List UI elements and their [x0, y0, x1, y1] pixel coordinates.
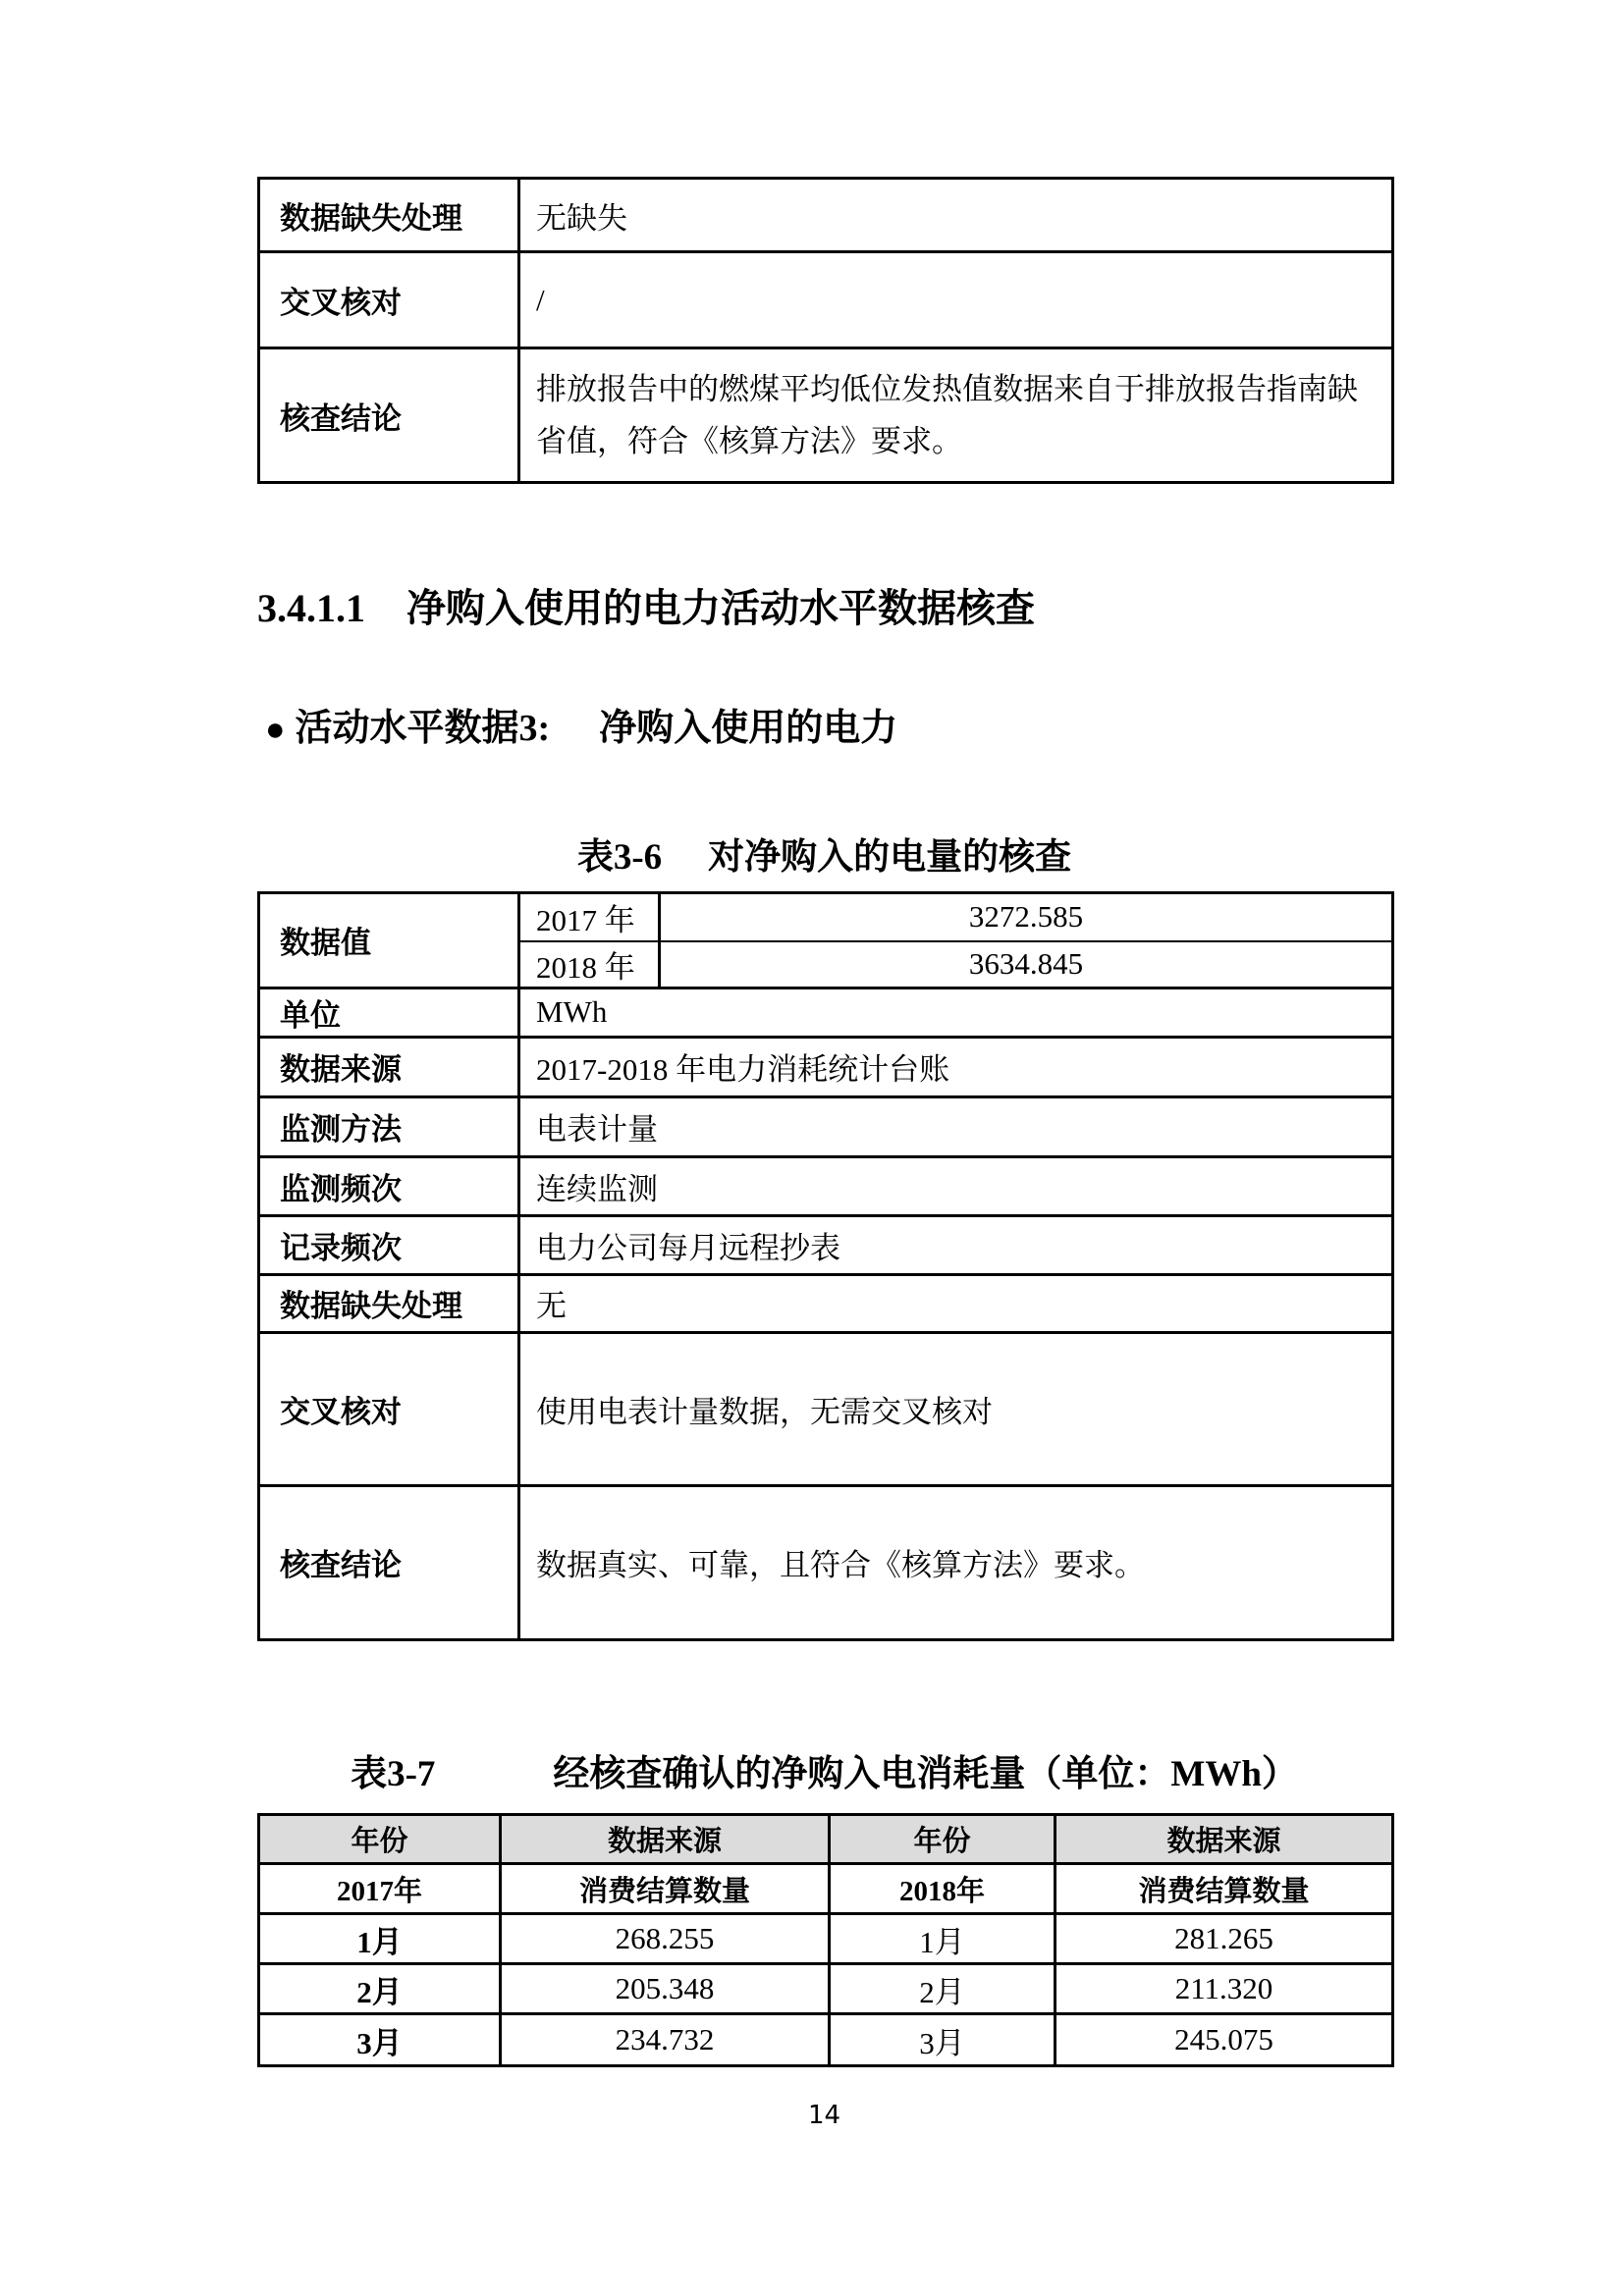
row-value: 连续监测	[519, 1156, 1393, 1215]
table-row: 单位 MWh	[259, 988, 1393, 1037]
page-number: 14	[257, 2101, 1391, 2130]
row-label: 监测方法	[259, 1096, 519, 1156]
subheader-cell: 2018年	[830, 1864, 1056, 1914]
bullet-title: 净购入使用的电力	[599, 708, 897, 749]
table37-caption-title: 经核查确认的净购入电消耗量（单位：MWh）	[553, 1754, 1298, 1794]
row-label: 记录频次	[259, 1215, 519, 1274]
bullet-label: 活动水平数据3:	[296, 708, 551, 749]
subheader-cell: 消费结算数量	[1056, 1864, 1393, 1914]
table-row: 1月 268.255 1月 281.265	[259, 1914, 1393, 1964]
row-value: 无缺失	[519, 179, 1393, 252]
table-row: 交叉核对 /	[259, 252, 1393, 348]
row-label: 数据缺失处理	[259, 179, 519, 252]
header-cell: 年份	[830, 1815, 1056, 1864]
section-number: 3.4.1.1	[257, 586, 365, 630]
table36-caption-tag: 表3-6	[577, 837, 662, 878]
table-row: 监测频次 连续监测	[259, 1156, 1393, 1215]
subheader-cell: 2017年	[259, 1864, 501, 1914]
table36-caption: 表3-6对净购入的电量的核查	[257, 827, 1391, 880]
year-cell: 2017 年	[519, 893, 660, 941]
table-row: 2月 205.348 2月 211.320	[259, 1964, 1393, 2014]
month-cell: 2月	[259, 1964, 501, 2014]
table-row: 数据来源 2017-2018 年电力消耗统计台账	[259, 1037, 1393, 1096]
month-cell: 3月	[830, 2014, 1056, 2066]
value-cell: 205.348	[501, 1964, 830, 2014]
subheader-cell: 消费结算数量	[501, 1864, 830, 1914]
row-value: 无	[519, 1274, 1393, 1332]
value-cell: 3272.585	[660, 893, 1393, 941]
month-cell: 2月	[830, 1964, 1056, 2014]
bullet-icon: ●	[265, 712, 286, 748]
month-cell: 1月	[259, 1914, 501, 1964]
table-row: 核查结论 排放报告中的燃煤平均低位发热值数据来自于排放报告指南缺省值，符合《核算…	[259, 348, 1393, 483]
table37-caption: 表3-7经核查确认的净购入电消耗量（单位：MWh）	[257, 1743, 1391, 1796]
value-cell: 234.732	[501, 2014, 830, 2066]
table-row: 交叉核对 使用电表计量数据，无需交叉核对	[259, 1332, 1393, 1485]
header-cell: 数据来源	[1056, 1815, 1393, 1864]
header-cell: 数据来源	[501, 1815, 830, 1864]
table37-caption-tag: 表3-7	[351, 1754, 435, 1794]
row-label: 交叉核对	[259, 1332, 519, 1485]
value-cell: 245.075	[1056, 2014, 1393, 2066]
table-3-6: 数据值 2017 年 3272.585 2018 年 3634.845 单位 M…	[257, 891, 1394, 1641]
value-cell: 211.320	[1056, 1964, 1393, 2014]
row-label: 核查结论	[259, 348, 519, 483]
row-label: 交叉核对	[259, 252, 519, 348]
table-subheader-row: 2017年 消费结算数量 2018年 消费结算数量	[259, 1864, 1393, 1914]
header-cell: 年份	[259, 1815, 501, 1864]
row-value: 2017-2018 年电力消耗统计台账	[519, 1037, 1393, 1096]
table-row: 核查结论 数据真实、可靠，且符合《核算方法》要求。	[259, 1485, 1393, 1639]
table-row: 数据缺失处理 无	[259, 1274, 1393, 1332]
table36-caption-title: 对净购入的电量的核查	[708, 837, 1071, 878]
row-label: 监测频次	[259, 1156, 519, 1215]
value-cell: 3634.845	[660, 941, 1393, 988]
table-verification-continued: 数据缺失处理 无缺失 交叉核对 / 核查结论 排放报告中的燃煤平均低位发热值数据…	[257, 177, 1394, 484]
document-page: 数据缺失处理 无缺失 交叉核对 / 核查结论 排放报告中的燃煤平均低位发热值数据…	[0, 0, 1624, 2296]
year-cell: 2018 年	[519, 941, 660, 988]
section-heading: 3.4.1.1净购入使用的电力活动水平数据核查	[257, 577, 1035, 633]
table-3-7: 年份 数据来源 年份 数据来源 2017年 消费结算数量 2018年 消费结算数…	[257, 1813, 1394, 2067]
row-label: 数据缺失处理	[259, 1274, 519, 1332]
row-value: 电力公司每月远程抄表	[519, 1215, 1393, 1274]
table-row: 3月 234.732 3月 245.075	[259, 2014, 1393, 2066]
month-cell: 3月	[259, 2014, 501, 2066]
table-row: 监测方法 电表计量	[259, 1096, 1393, 1156]
row-label: 数据来源	[259, 1037, 519, 1096]
row-label: 数据值	[259, 893, 519, 988]
value-cell: 281.265	[1056, 1914, 1393, 1964]
table-row: 数据缺失处理 无缺失	[259, 179, 1393, 252]
table-row: 记录频次 电力公司每月远程抄表	[259, 1215, 1393, 1274]
row-label: 核查结论	[259, 1485, 519, 1639]
month-cell: 1月	[830, 1914, 1056, 1964]
row-value: MWh	[519, 988, 1393, 1037]
row-value: 数据真实、可靠，且符合《核算方法》要求。	[519, 1485, 1393, 1639]
row-value: /	[519, 252, 1393, 348]
table-header-row: 年份 数据来源 年份 数据来源	[259, 1815, 1393, 1864]
row-label: 单位	[259, 988, 519, 1037]
section-title: 净购入使用的电力活动水平数据核查	[406, 586, 1035, 630]
value-cell: 268.255	[501, 1914, 830, 1964]
table-row: 数据值 2017 年 3272.585	[259, 893, 1393, 941]
row-value: 使用电表计量数据，无需交叉核对	[519, 1332, 1393, 1485]
row-value: 电表计量	[519, 1096, 1393, 1156]
row-value: 排放报告中的燃煤平均低位发热值数据来自于排放报告指南缺省值，符合《核算方法》要求…	[519, 348, 1393, 483]
bullet-line: ●活动水平数据3:净购入使用的电力	[265, 697, 897, 751]
